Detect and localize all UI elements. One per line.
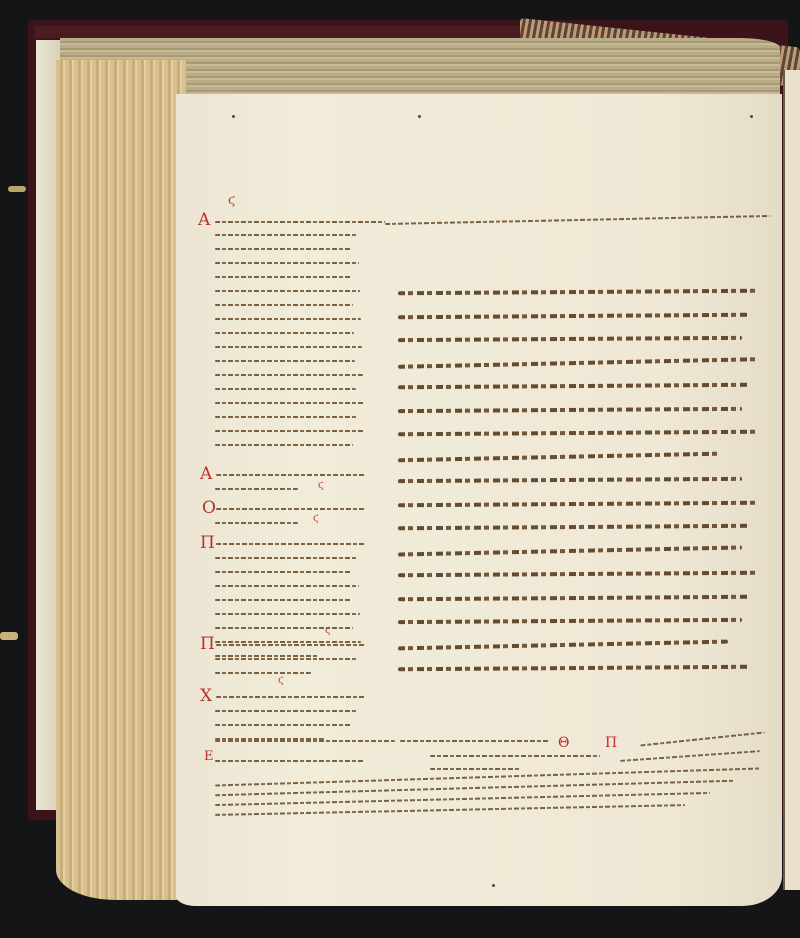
scholion-line (215, 740, 395, 742)
rubric-initial: Π (605, 735, 617, 752)
prick-mark (232, 115, 235, 118)
scholion-line (215, 585, 359, 587)
scholion-line (215, 557, 358, 559)
scholion-line (215, 444, 353, 446)
scholion-line (215, 760, 365, 762)
scholion-line (215, 655, 319, 657)
scholion-line (215, 304, 353, 306)
scholion-line (215, 710, 358, 712)
scholion-line (215, 248, 351, 250)
scholion-line (215, 416, 357, 418)
rubric-initial: Α (198, 212, 210, 229)
rubric-mark: ϛ (318, 481, 324, 491)
scholion-line (215, 613, 360, 615)
scholion-line (430, 768, 520, 770)
scholion-line (216, 644, 366, 646)
scholion-line (215, 522, 298, 524)
scholion-line (215, 599, 352, 601)
scholion-line (215, 221, 385, 223)
scholion-line (215, 388, 356, 390)
scholion-line (400, 740, 550, 742)
prick-mark (492, 884, 495, 887)
prick-mark (418, 115, 421, 118)
scholion-line (215, 641, 361, 643)
scholion-line (215, 360, 355, 362)
scholion-line (216, 474, 366, 476)
prick-mark (750, 115, 753, 118)
rubric-initial: Χ (200, 688, 212, 705)
scholion-line (215, 724, 351, 726)
scholion-line (215, 374, 363, 376)
rubric-initial: Π (200, 535, 215, 552)
rubric-initial: Ο (202, 500, 216, 517)
scholion-line (215, 234, 358, 236)
scholion-line (215, 318, 361, 320)
facing-page-edge (783, 70, 800, 890)
rubric-mark: ϛ (278, 676, 284, 686)
quire-mark: ϛ (228, 196, 235, 206)
clasp-pin (0, 632, 18, 640)
scholion-line (215, 488, 298, 490)
scholion-line (215, 627, 353, 629)
scholion-line (215, 402, 364, 404)
scholion-line (215, 290, 360, 292)
cover-edge (34, 26, 524, 38)
clasp-pin (8, 186, 26, 192)
scholion-line (215, 430, 365, 432)
scholion-line (215, 332, 354, 334)
rubric-mark: ϛ (313, 514, 319, 524)
rubric-initial: Θ (558, 735, 569, 752)
scholion-line (215, 262, 359, 264)
scholion-line (215, 672, 311, 674)
scholion-line (216, 508, 366, 510)
rubric-initial: Π (200, 636, 215, 653)
text-block-fore-edge (56, 60, 186, 900)
scholion-line (216, 696, 366, 698)
scholion-line (215, 571, 351, 573)
scholion-line (215, 346, 362, 348)
scholion-line (215, 658, 358, 660)
rubric-initial: Ε (204, 748, 214, 765)
scholion-line (215, 276, 352, 278)
scholion-line (216, 543, 366, 545)
rubric-initial: Α (200, 466, 212, 483)
scholion-line (430, 755, 600, 757)
